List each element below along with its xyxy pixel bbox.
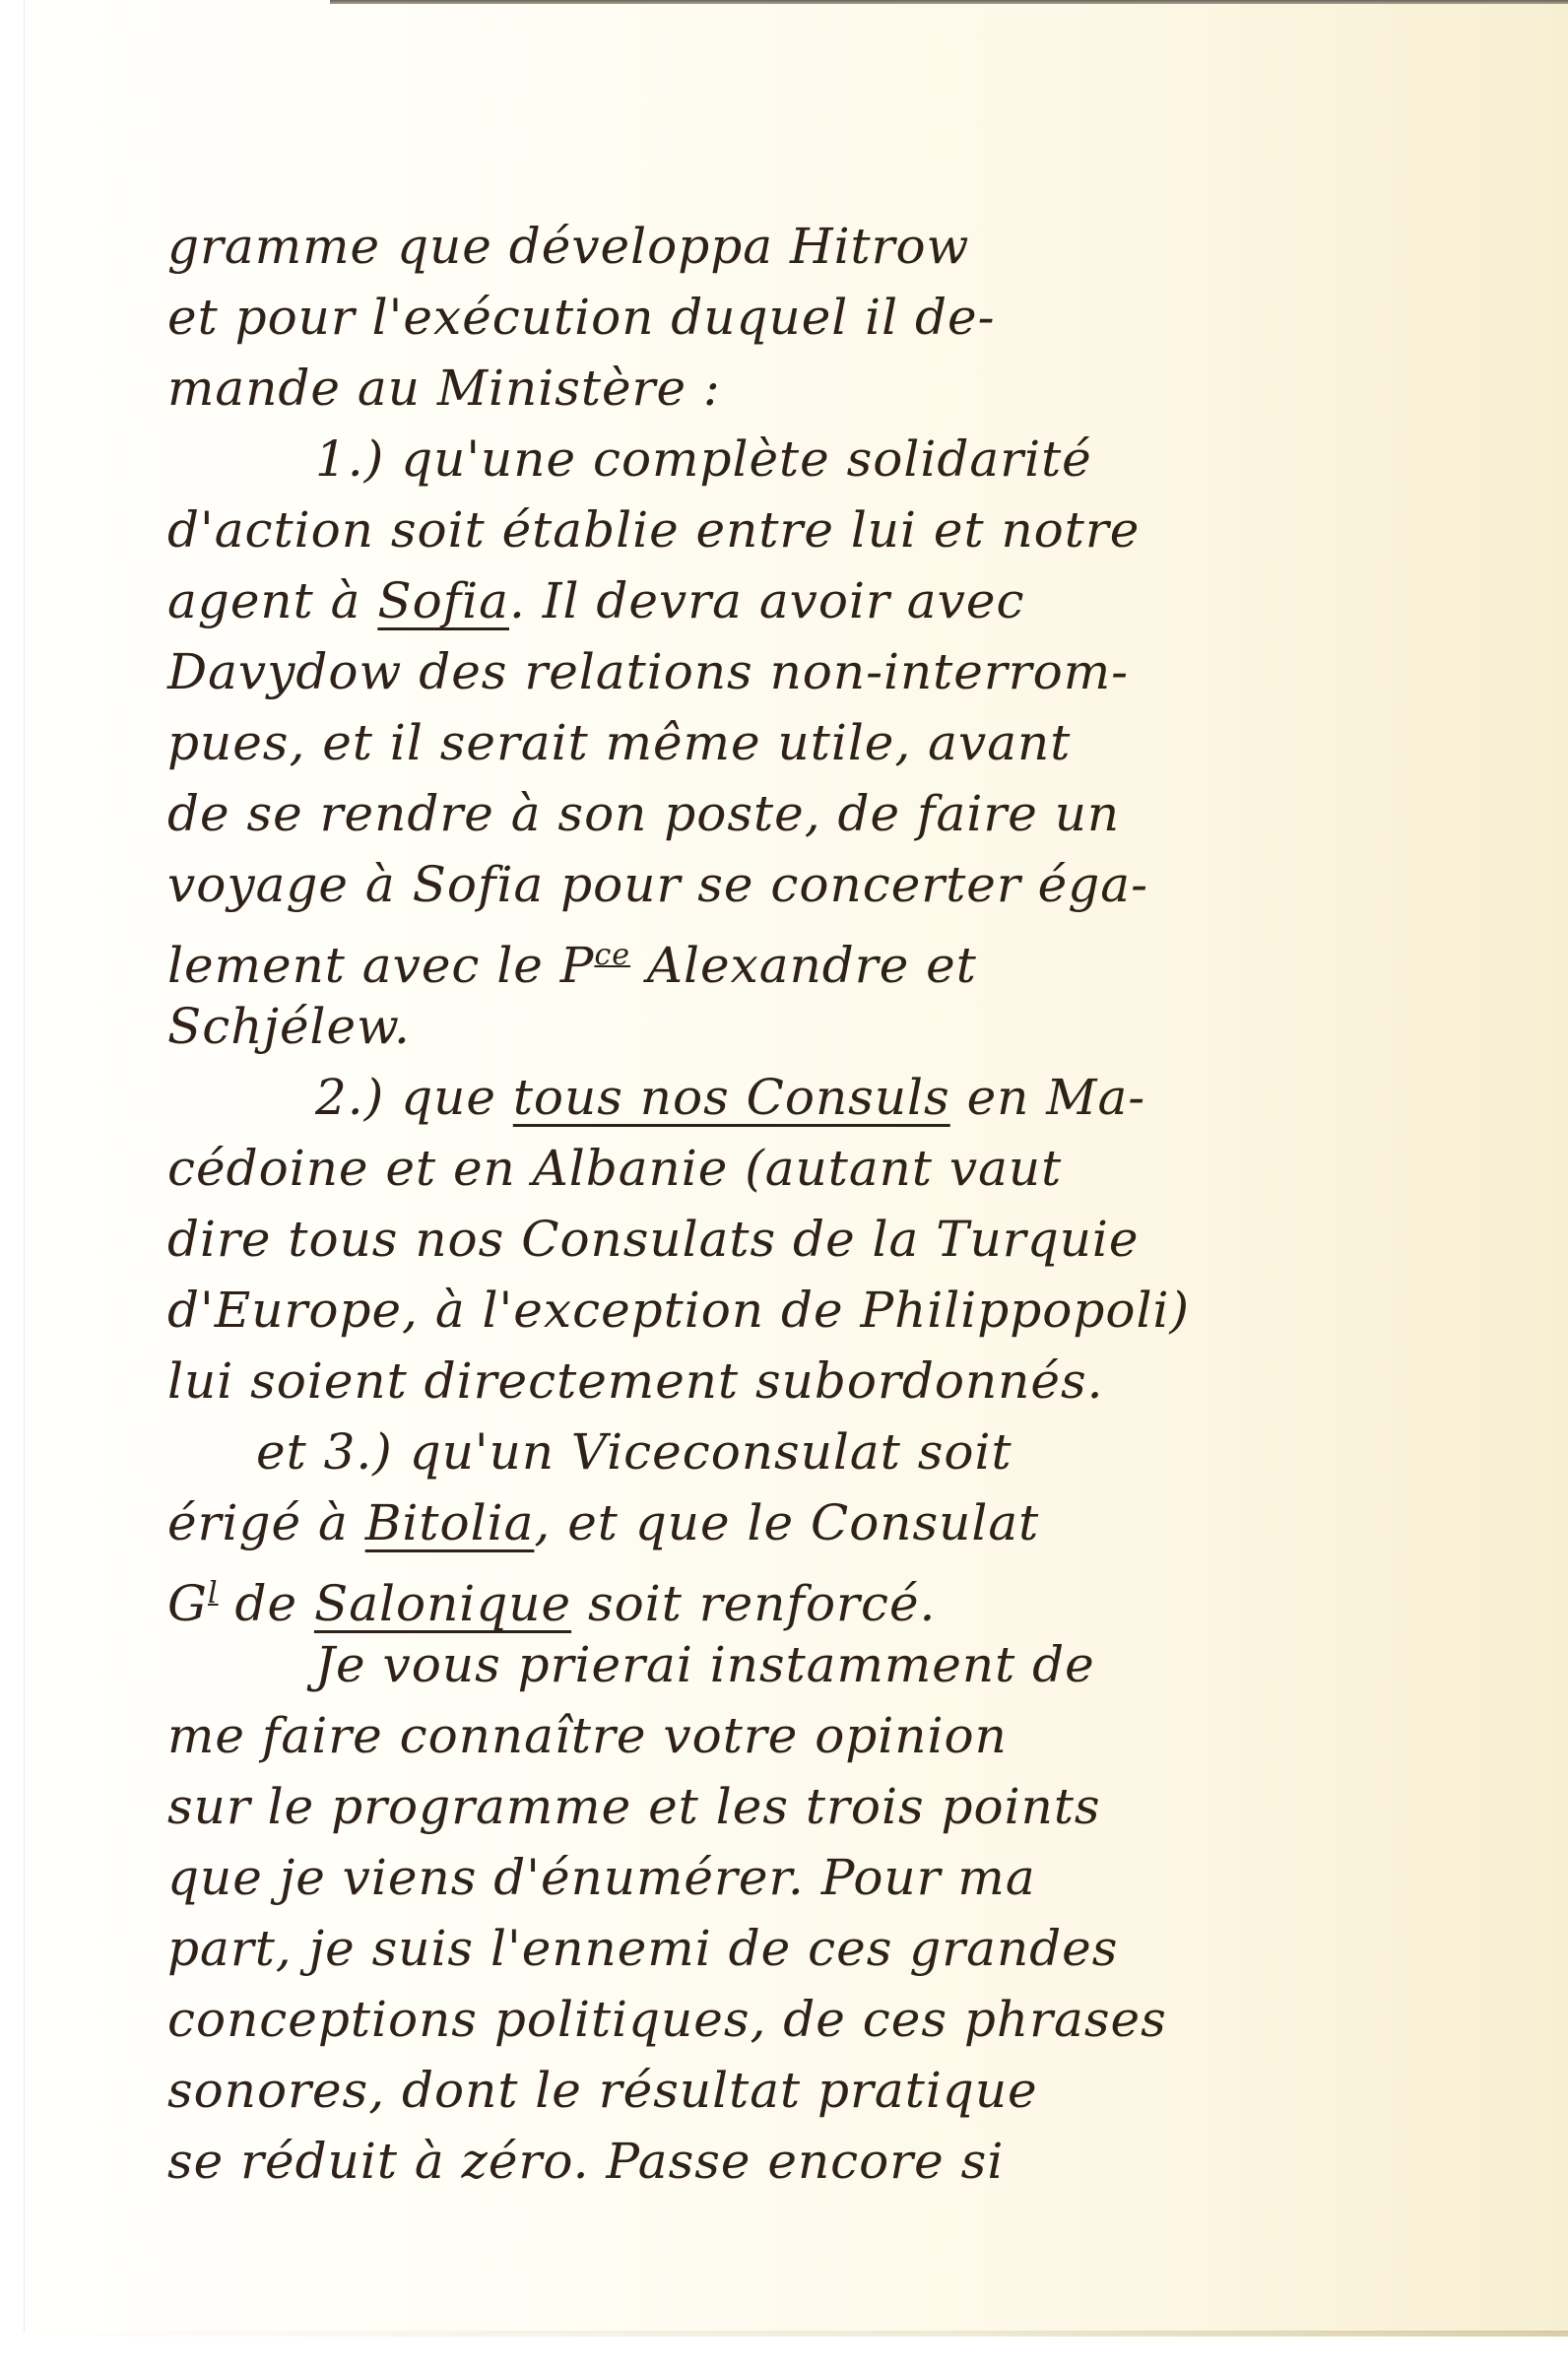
letter-line-27: sonores, dont le résultat pratique: [167, 2056, 1477, 2127]
line-text-post: Alexandre et: [630, 937, 977, 994]
letter-line-20: Gl de Salonique soit renforcé.: [167, 1559, 1477, 1630]
line-text-pre: érigé à: [167, 1494, 365, 1551]
letter-line-12: Schjélew.: [167, 992, 1477, 1063]
letter-line-15: dire tous nos Consulats de la Turquie: [167, 1205, 1477, 1276]
letter-line-5: d'action soit établie entre lui et notre: [167, 495, 1477, 566]
handwritten-letter-body: gramme que développa Hitrow et pour l'ex…: [167, 212, 1477, 2198]
letter-line-26: conceptions politiques, de ces phrases: [167, 1985, 1477, 2056]
letter-line-2: et pour l'exécution duquel il de-: [167, 283, 1477, 354]
letter-line-8: pues, et il serait même utile, avant: [167, 708, 1477, 779]
letter-line-21: Je vous prierai instamment de: [167, 1630, 1477, 1701]
line-text-pre: agent à: [167, 572, 377, 629]
line-text-post: soit renforcé.: [571, 1575, 936, 1632]
line-text-post: , et que le Consulat: [534, 1494, 1039, 1551]
letter-line-18-point-3: et 3.) qu'un Viceconsulat soit: [167, 1417, 1477, 1488]
letter-line-16: d'Europe, à l'exception de Philippopoli): [167, 1276, 1477, 1347]
letter-line-14: cédoine et en Albanie (autant vaut: [167, 1134, 1477, 1205]
letter-line-11: lement avec le Pce Alexandre et: [167, 921, 1477, 992]
letter-line-24: que je viens d'énumérer. Pour ma: [167, 1843, 1477, 1914]
abbreviation-superscript: ce: [594, 938, 630, 972]
line-text-pre: G: [167, 1575, 208, 1632]
letter-line-22: me faire connaître votre opinion: [167, 1701, 1477, 1772]
letter-line-28: se réduit à zéro. Passe encore si: [167, 2127, 1477, 2198]
letter-line-3: mande au Ministère :: [167, 354, 1477, 425]
letter-line-6: agent à Sofia. Il devra avoir avec: [167, 566, 1477, 637]
letter-line-4-point-1: 1.) qu'une complète solidarité: [167, 425, 1477, 495]
line-text-mid: de: [219, 1575, 314, 1632]
line-text-post: en Ma-: [950, 1069, 1145, 1126]
underlined-place-sofia: Sofia: [377, 572, 509, 629]
abbreviation-superscript: l: [208, 1576, 219, 1611]
letter-line-19: érigé à Bitolia, et que le Consulat: [167, 1488, 1477, 1559]
page-top-edge: [330, 0, 1568, 4]
underlined-phrase-consuls: tous nos Consuls: [513, 1069, 950, 1126]
letter-line-7: Davydow des relations non-interrom-: [167, 637, 1477, 708]
letter-line-10: voyage à Sofia pour se concerter éga-: [167, 850, 1477, 921]
line-text-pre: lement avec le P: [167, 937, 594, 994]
line-text-pre: 2.) que: [315, 1069, 513, 1126]
letter-line-25: part, je suis l'ennemi de ces grandes: [167, 1914, 1477, 1985]
page-bottom-edge: [25, 2331, 1568, 2337]
line-text-post: . Il devra avoir avec: [509, 572, 1024, 629]
letter-line-9: de se rendre à son poste, de faire un: [167, 779, 1477, 850]
underlined-place-bitolia: Bitolia: [365, 1494, 535, 1551]
letter-line-1: gramme que développa Hitrow: [167, 212, 1477, 283]
underlined-place-salonique: Salonique: [314, 1575, 571, 1632]
letter-line-13-point-2: 2.) que tous nos Consuls en Ma-: [167, 1063, 1477, 1134]
letter-line-23: sur le programme et les trois points: [167, 1772, 1477, 1843]
letter-line-17: lui soient directement subordonnés.: [167, 1347, 1477, 1417]
